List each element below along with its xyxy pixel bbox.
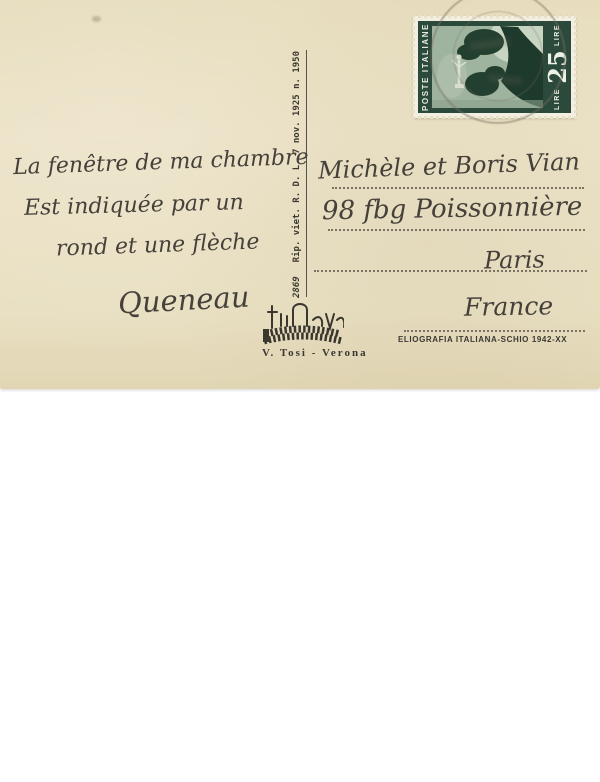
address-country: France <box>464 291 554 322</box>
smudge-mark <box>92 16 101 22</box>
address-city: Paris <box>484 245 545 274</box>
address-recipient: Michèle et Boris Vian <box>318 147 581 184</box>
postmark-inner-circle <box>453 11 543 101</box>
message-line-3: rond et une flèche <box>56 229 260 261</box>
publisher-name: V. Tosi - Verona <box>262 347 368 359</box>
publisher-arena-logo-icon <box>260 292 344 346</box>
printer-credit: ELIOGRAFIA ITALIANA-SCHIO 1942-XX <box>398 335 567 344</box>
postcard-back: POSTE ITALIANE LIRE 25 LIRE 2869 Rip. vi… <box>0 0 600 389</box>
signature-queneau: Queneau <box>117 280 250 321</box>
address-dotted-line-3 <box>314 270 587 272</box>
address-dotted-line-2 <box>328 229 585 231</box>
address-dotted-line-1 <box>332 187 584 189</box>
printed-regulation-column: 2869 Rip. viet. R. D. L. 7 nov. 1925 n. … <box>287 46 307 298</box>
address-street: 98 fbg Poissonnière <box>322 192 583 227</box>
message-line-1: La fenêtre de ma chambre <box>13 145 309 180</box>
address-dotted-line-4 <box>404 330 585 332</box>
message-line-2: Est indiquée par un <box>24 190 244 221</box>
